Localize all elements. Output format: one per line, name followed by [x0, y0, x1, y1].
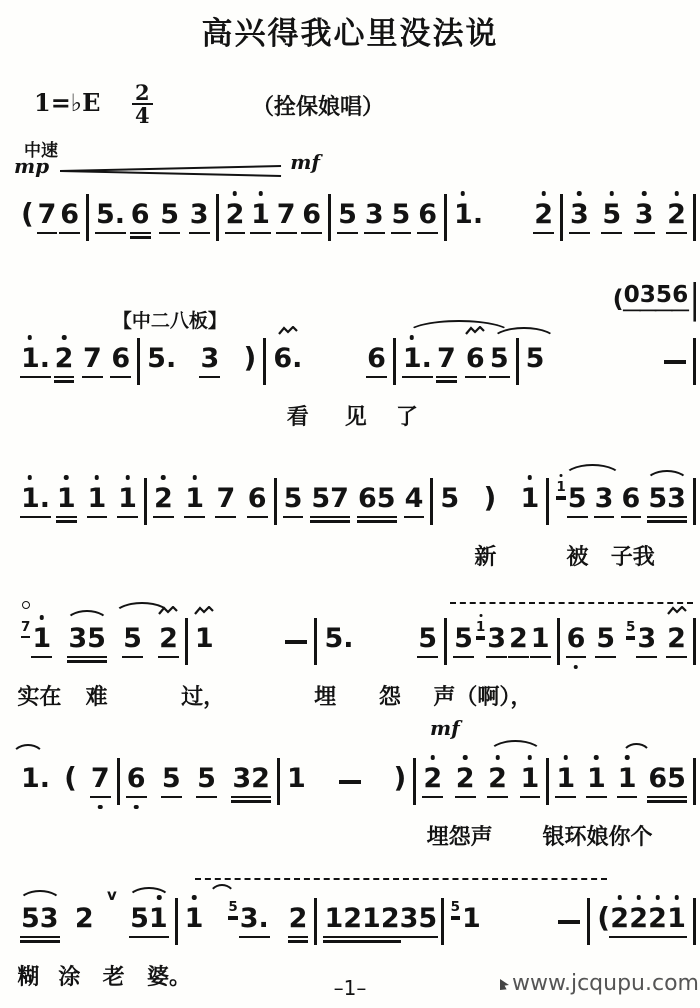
- octave-dot: [560, 474, 563, 477]
- mordent-icon: [667, 606, 687, 615]
- measure: 1.276: [14, 338, 140, 385]
- parenthesis: ): [394, 762, 407, 794]
- slur-arc: [563, 464, 622, 478]
- octave-dot: [495, 755, 500, 760]
- measure: 121235: [317, 898, 443, 945]
- time-signature: 2 4: [132, 82, 153, 126]
- cursor-icon: [498, 977, 511, 991]
- note: 5: [656, 282, 672, 308]
- underline: [231, 796, 271, 798]
- note: 0: [624, 282, 640, 308]
- note: 5.: [324, 624, 353, 654]
- underline: [54, 380, 75, 382]
- measure: 51: [444, 898, 591, 945]
- note-digit: 65: [648, 764, 686, 794]
- underline: [323, 936, 400, 938]
- note: 1212: [324, 904, 399, 934]
- lyric: 涂: [58, 960, 80, 991]
- duration-dash: [664, 360, 686, 364]
- underline: [288, 940, 309, 942]
- underline: [476, 638, 485, 640]
- note: 3: [190, 200, 209, 230]
- note-digit: 1.: [21, 484, 50, 514]
- underline: [566, 656, 587, 658]
- lyric: 婆。: [147, 960, 191, 991]
- octave-dot: [610, 191, 615, 196]
- note: 2: [226, 200, 245, 230]
- note: 5: [162, 764, 181, 794]
- note-digit: 5: [568, 484, 587, 514]
- note-digit: 3: [635, 200, 654, 230]
- note: 2: [159, 624, 178, 654]
- note: 2: [75, 904, 94, 934]
- note: 57: [311, 484, 349, 514]
- mordent-icon: [158, 606, 178, 615]
- note: 7: [277, 200, 296, 230]
- measure: 5)1: [433, 478, 549, 525]
- note: 2: [629, 904, 648, 934]
- note-digit: 1: [531, 624, 550, 654]
- underline: [357, 516, 397, 518]
- measure: 65532: [560, 618, 696, 665]
- octave-dot: [674, 191, 679, 196]
- note-digit: 6: [248, 484, 267, 514]
- note: 1.: [403, 344, 432, 374]
- underline: [159, 232, 180, 234]
- note: 7: [38, 200, 57, 230]
- note-digit: 3: [365, 200, 384, 230]
- underline: [184, 516, 205, 518]
- duration-dash: [285, 640, 307, 644]
- note-digit: 1: [185, 904, 204, 934]
- note-digit: 6: [466, 344, 485, 374]
- note-digit: 2: [667, 624, 686, 654]
- underline: [366, 376, 387, 378]
- note: 1: [185, 904, 204, 934]
- measure: 1: [188, 618, 318, 665]
- underline: [231, 800, 271, 802]
- note-digit: 5: [418, 624, 437, 654]
- underline: [288, 936, 309, 938]
- note: 2: [667, 200, 686, 230]
- note-digit: 57: [311, 484, 349, 514]
- note-digit: 2: [610, 904, 629, 934]
- note-digit: 2: [629, 904, 648, 934]
- music-system: mpmf(765.653217653561.23532: [14, 150, 696, 241]
- note-digit: 1: [57, 484, 76, 514]
- slur-arc: [18, 890, 62, 903]
- note: 5: [596, 624, 615, 654]
- note: 1: [195, 624, 214, 654]
- sheet-music-page: 高兴得我心里没法说 1=♭E 2 4 （拴保娘唱） 中速 mpmf(765.65…: [0, 0, 700, 1008]
- octave-dot: [125, 475, 130, 480]
- note: 6: [466, 344, 485, 374]
- grace-digit: 5: [451, 899, 460, 915]
- note: 1: [287, 764, 306, 794]
- note: 5: [392, 200, 411, 230]
- note: 51: [130, 904, 168, 934]
- underline: [666, 936, 687, 938]
- breath-mark: v: [107, 886, 117, 904]
- note-digit: 1.: [21, 344, 50, 374]
- note-digit: 32: [232, 764, 270, 794]
- note-digit: 6: [127, 764, 146, 794]
- grace-note: 5: [228, 896, 237, 915]
- measure: 5: [519, 338, 696, 385]
- section-label: 【中二八板】: [113, 306, 227, 333]
- slur-arc: [127, 887, 171, 900]
- underline: [417, 232, 438, 234]
- note-digit: 3: [487, 624, 506, 654]
- note: 2: [456, 764, 475, 794]
- underline: [225, 232, 246, 234]
- note: 3: [400, 904, 419, 934]
- note-digit: 6: [418, 200, 437, 230]
- note: 1: [521, 484, 540, 514]
- underline: [453, 656, 474, 658]
- underline: [31, 656, 52, 658]
- underline: [626, 638, 635, 640]
- note: 5: [440, 484, 459, 514]
- grace-note: 1: [556, 476, 565, 495]
- octave-dot: [642, 191, 647, 196]
- note: 1: [185, 484, 204, 514]
- underline: [556, 498, 565, 500]
- music-row: 532v51153.212123551(2221: [14, 898, 696, 945]
- note-digit: 1: [556, 764, 575, 794]
- underline: [671, 309, 689, 311]
- note: 7: [216, 484, 235, 514]
- parenthesis: ): [483, 482, 496, 514]
- slur-arc: [11, 744, 46, 758]
- note: 6: [622, 484, 641, 514]
- octave-dot: [161, 475, 166, 480]
- measure: 5.653: [89, 194, 219, 241]
- portamento-dashes: [195, 878, 608, 880]
- note-digit: 51: [130, 904, 168, 934]
- octave-dot: [563, 755, 568, 760]
- octave-dot: [95, 475, 100, 480]
- music-system: 1.11121765576545)1153653新被子我: [14, 422, 696, 525]
- note: 1.: [21, 484, 50, 514]
- note-digit: 1: [618, 764, 637, 794]
- measure: (2221: [590, 898, 696, 945]
- note-digit: 1: [185, 484, 204, 514]
- note: 1: [118, 484, 137, 514]
- note-digit: 1: [195, 624, 214, 654]
- underline: [215, 516, 236, 518]
- grace-note: 5: [451, 896, 460, 915]
- note-digit: 3: [570, 200, 589, 230]
- note-digit: 1: [287, 764, 306, 794]
- measure: 2221: [416, 758, 549, 805]
- underline: [20, 940, 60, 942]
- parenthesis: (: [21, 198, 34, 230]
- note: 2: [610, 904, 629, 934]
- note: 1: [521, 764, 540, 794]
- underline: [555, 796, 576, 798]
- measure: 153.2: [178, 898, 318, 945]
- note-digit: 7: [83, 344, 102, 374]
- page-number: –1–: [334, 976, 367, 1000]
- note: 1: [531, 624, 550, 654]
- measure: 5356: [331, 194, 447, 241]
- octave-dot: [409, 335, 414, 340]
- note-digit: 1: [32, 624, 51, 654]
- measure: 1.111: [14, 478, 147, 525]
- slur-arc: [488, 740, 543, 754]
- note: 2: [289, 904, 308, 934]
- note-digit: 2: [534, 200, 553, 230]
- note: 32: [232, 764, 270, 794]
- note-digit: 2: [648, 904, 667, 934]
- note: 1.: [21, 344, 50, 374]
- underline: [129, 936, 169, 938]
- note-digit: 2: [55, 344, 74, 374]
- underline: [626, 636, 635, 638]
- underline: [122, 656, 143, 658]
- octave-dot: [625, 755, 630, 760]
- underline: [617, 796, 638, 798]
- note: 6: [127, 764, 146, 794]
- pickup-inset: (0356: [611, 282, 696, 322]
- note-digit: 7: [91, 764, 110, 794]
- note: 5: [284, 484, 303, 514]
- underline: [647, 516, 687, 518]
- underline: [451, 918, 460, 920]
- octave-dot-low: [98, 805, 103, 810]
- note-digit: 6: [567, 624, 586, 654]
- note: 6: [111, 344, 130, 374]
- note: 53: [626, 624, 656, 654]
- note-digit: 6: [622, 484, 641, 514]
- note: 6: [567, 624, 586, 654]
- note-digit: 5: [197, 764, 216, 794]
- underline: [20, 936, 60, 938]
- note: 7: [437, 344, 456, 374]
- note-digit: 1.: [454, 200, 483, 230]
- note: 13: [476, 624, 506, 654]
- music-row: 1.(7655321)222111165: [14, 758, 696, 805]
- note-digit: 1: [118, 484, 137, 514]
- underline: [569, 232, 590, 234]
- note-digit: 35: [68, 624, 106, 654]
- underline: [228, 918, 237, 920]
- note-digit: 5: [123, 624, 142, 654]
- underline: [126, 796, 147, 798]
- underline: [530, 656, 551, 658]
- note-digit: 5: [392, 200, 411, 230]
- note: 1: [556, 764, 575, 794]
- note-digit: 2: [159, 624, 178, 654]
- note-digit: 53: [648, 484, 686, 514]
- note-digit: 3.: [240, 904, 269, 934]
- note-digit: 2: [488, 764, 507, 794]
- underline: [621, 516, 642, 518]
- underline: [567, 516, 588, 518]
- note-digit: 1: [251, 200, 270, 230]
- note-digit: 6: [302, 200, 321, 230]
- underline: [486, 656, 507, 658]
- octave-dot-low: [574, 665, 579, 670]
- parenthesis: (: [597, 902, 610, 934]
- underline: [283, 516, 304, 518]
- note: 5: [602, 200, 621, 230]
- music-system: 71355215.55132165532实在难过，埋怨声（啊），: [14, 562, 696, 665]
- grace-digit: 5: [228, 899, 237, 915]
- music-system: 【中二八板】(03561.2765.3)6.61.7655看见了: [14, 282, 696, 385]
- octave-dot: [541, 191, 546, 196]
- music-row: 71355215.55132165532: [14, 618, 696, 665]
- note: 5: [123, 624, 142, 654]
- underline: [601, 232, 622, 234]
- note: 1: [667, 904, 686, 934]
- octave-dot: [192, 475, 197, 480]
- note: 6: [60, 200, 79, 230]
- underline: [56, 520, 77, 522]
- underline: [67, 660, 107, 662]
- octave-dot: [463, 755, 468, 760]
- underline: [520, 796, 541, 798]
- note: 5: [197, 764, 216, 794]
- music-system: mf1.(7655321)222111165埋怨声银环娘你个: [14, 706, 696, 805]
- underline: [451, 916, 460, 918]
- underline: [404, 516, 425, 518]
- octave-dot: [258, 191, 263, 196]
- measure: 557654: [277, 478, 434, 525]
- note: 2: [648, 904, 667, 934]
- measure: 5.3): [140, 338, 266, 385]
- underline: [59, 232, 80, 234]
- note-digit: 2: [667, 200, 686, 230]
- underline: [95, 232, 126, 234]
- watermark: www.jcqupu.com: [498, 971, 699, 996]
- underline: [666, 656, 687, 658]
- note: 2: [534, 200, 553, 230]
- measure: 11165: [549, 758, 696, 805]
- note-digit: 5.: [324, 624, 353, 654]
- note-digit: 7: [437, 344, 456, 374]
- note: 5: [418, 904, 437, 934]
- underline: [417, 936, 438, 938]
- underline: [647, 936, 668, 938]
- underline: [196, 796, 217, 798]
- note: 5.: [96, 200, 125, 230]
- measure: 153653: [549, 478, 696, 525]
- underline: [586, 796, 607, 798]
- note-digit: 7: [277, 200, 296, 230]
- note: 6.: [273, 344, 302, 374]
- note-digit: 6: [672, 282, 688, 308]
- note-digit: 2: [509, 624, 528, 654]
- note-digit: 5: [454, 624, 473, 654]
- underline: [455, 796, 476, 798]
- measure: 6.6: [266, 338, 396, 385]
- note: 3: [365, 200, 384, 230]
- note: 3: [200, 344, 219, 374]
- note: 2: [154, 484, 173, 514]
- music-row: 1.2765.3)6.61.7655: [14, 338, 696, 385]
- note-digit: 5: [490, 344, 509, 374]
- underline: [250, 232, 271, 234]
- octave-dot: [64, 475, 69, 480]
- dynamic-mark: mp: [14, 154, 49, 178]
- note-digit: 2: [226, 200, 245, 230]
- note: 15: [556, 484, 586, 514]
- lyric: 老: [103, 960, 125, 991]
- underline: [301, 232, 322, 234]
- note-digit: 1.: [403, 344, 432, 374]
- note: 6: [302, 200, 321, 230]
- octave-dot: [594, 755, 599, 760]
- music-system: 532v51153.212123551(2221糊涂老婆。: [14, 846, 696, 945]
- underline: [153, 516, 174, 518]
- hairpin-crescendo-icon: [58, 164, 283, 178]
- underline: [476, 636, 485, 638]
- note: 6: [367, 344, 386, 374]
- grace-note: 5: [626, 616, 635, 635]
- note-digit: 6.: [273, 344, 302, 374]
- measure: 1.(7: [14, 758, 120, 805]
- underline: [199, 376, 220, 378]
- measure: 1.765: [396, 338, 519, 385]
- watermark-text: www.jcqupu.com: [512, 971, 699, 996]
- mordent-icon: [194, 606, 214, 615]
- measure: 1.2: [447, 194, 563, 241]
- note-digit: 1: [667, 904, 686, 934]
- note-digit: 5.: [147, 344, 176, 374]
- time-signature-denominator: 4: [135, 105, 150, 126]
- music-row: 1.11121765576545)1153653: [14, 478, 696, 525]
- octave-dot: [192, 895, 197, 900]
- underline: [357, 520, 397, 522]
- octave-dot: [40, 615, 45, 620]
- underline: [20, 376, 51, 378]
- underline: [634, 232, 655, 234]
- note: 71: [21, 624, 51, 654]
- note: 51: [451, 904, 481, 934]
- note-digit: 6: [111, 344, 130, 374]
- underline: [54, 376, 75, 378]
- note: 1: [618, 764, 637, 794]
- underline: [609, 936, 630, 938]
- measure: 2176: [219, 194, 332, 241]
- grace-note: 1: [476, 616, 485, 635]
- note-digit: 5: [440, 484, 459, 514]
- note: 7: [91, 764, 110, 794]
- underline: [276, 232, 297, 234]
- underline: [647, 796, 687, 798]
- underline: [489, 376, 510, 378]
- octave-dot: [461, 191, 466, 196]
- note: 5: [454, 624, 473, 654]
- underline: [21, 636, 30, 638]
- note-digit: 2: [423, 764, 442, 794]
- note: 3: [640, 282, 656, 308]
- note: 35: [68, 624, 106, 654]
- note-digit: 7: [38, 200, 57, 230]
- octave-dot: [674, 895, 679, 900]
- note-digit: 5: [160, 200, 179, 230]
- measure: (76: [14, 194, 89, 241]
- octave-dot: [479, 614, 482, 617]
- measure: 51321: [447, 618, 560, 665]
- note-digit: 0: [624, 282, 640, 308]
- underline: [82, 376, 103, 378]
- note: 2: [509, 624, 528, 654]
- duration-dash: [558, 920, 580, 924]
- slur-arc: [65, 610, 109, 623]
